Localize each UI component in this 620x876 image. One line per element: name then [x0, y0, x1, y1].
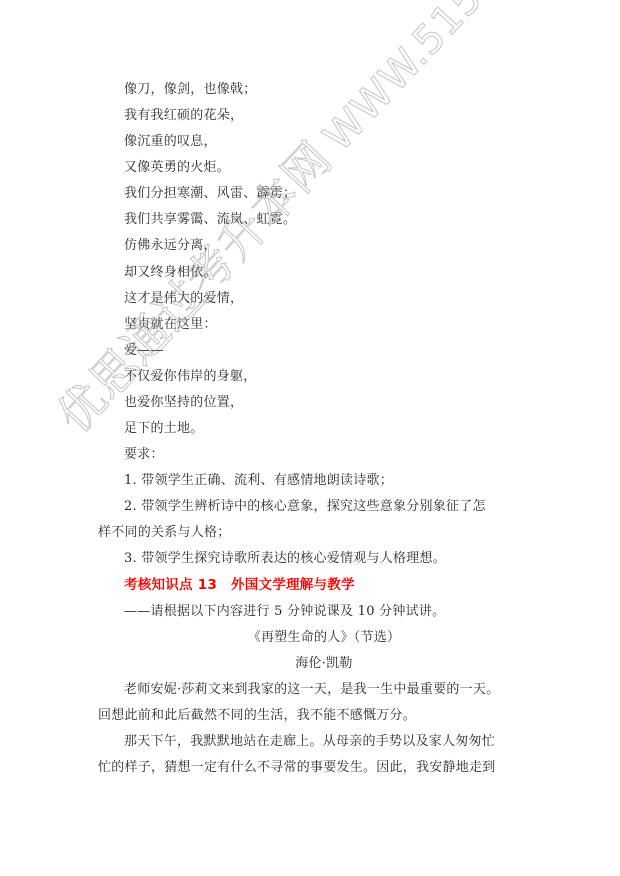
- requirement-item-3: 3. 带领学生探究诗歌所表达的核心爱情观与人格理想。: [98, 546, 522, 572]
- passage-paragraph-2: 那天下午，我默默地站在走廊上。从母亲的手势以及家人匆匆忙 忙的样子，猜想一定有什…: [98, 729, 522, 781]
- poem-line: 不仅爱你伟岸的身躯，: [98, 364, 522, 390]
- passage-author: 海伦·凯勒: [98, 651, 522, 677]
- requirements: 要求： 1. 带领学生正确、流利、有感情地朗读诗歌； 2. 带领学生辨析诗中的核…: [98, 442, 522, 572]
- paragraph-line: 回想此前和此后截然不同的生活，我不能不感慨万分。: [98, 703, 522, 729]
- section-title: 外国文学理解与教学: [231, 577, 355, 593]
- paragraph-line: 忙的样子，猜想一定有什么不寻常的事要发生。因此，我安静地走到: [98, 755, 522, 781]
- poem-line: 又像英勇的火炬。: [98, 155, 522, 181]
- poem-line: 却又终身相依。: [98, 260, 522, 286]
- requirements-label: 要求：: [98, 442, 522, 468]
- passage-title: 《再塑生命的人》（节选）: [98, 625, 522, 651]
- poem-line: 我们分担寒潮、风雷、霹雳；: [98, 181, 522, 207]
- poem-line: 像沉重的叹息，: [98, 129, 522, 155]
- poem-line: 坚贞就在这里：: [98, 312, 522, 338]
- paragraph-line: 那天下午，我默默地站在走廊上。从母亲的手势以及家人匆匆忙: [98, 729, 522, 755]
- requirement-item-2: 2. 带领学生辨析诗中的核心意象，探究这些意象分别象征了怎: [98, 494, 522, 520]
- poem-line: 我们共享雾霭、流岚、虹霓。: [98, 207, 522, 233]
- paragraph-line: 老师安妮·莎莉文来到我家的这一天，是我一生中最重要的一天。: [98, 677, 522, 703]
- poem-line: 仿佛永远分离，: [98, 233, 522, 259]
- section-instruction: ——请根据以下内容进行 5 分钟说课及 10 分钟试讲。: [98, 599, 522, 625]
- section-number: 考核知识点 13: [124, 577, 217, 593]
- poem-line: 足下的土地。: [98, 416, 522, 442]
- requirement-item-2-continued: 样不同的关系与人格；: [98, 520, 522, 546]
- poem-line: 我有我红硕的花朵，: [98, 103, 522, 129]
- passage-paragraph-1: 老师安妮·莎莉文来到我家的这一天，是我一生中最重要的一天。 回想此前和此后截然不…: [98, 677, 522, 729]
- poem: 像刀，像剑，也像戟； 我有我红硕的花朵， 像沉重的叹息， 又像英勇的火炬。 我们…: [98, 77, 522, 442]
- poem-line: 像刀，像剑，也像戟；: [98, 77, 522, 103]
- requirement-item-1: 1. 带领学生正确、流利、有感情地朗读诗歌；: [98, 468, 522, 494]
- poem-line: 也爱你坚持的位置，: [98, 390, 522, 416]
- document-body: 像刀，像剑，也像戟； 我有我红硕的花朵， 像沉重的叹息， 又像英勇的火炬。 我们…: [98, 77, 522, 781]
- section-heading: 考核知识点 13外国文学理解与教学: [98, 572, 522, 598]
- document-page: 像刀，像剑，也像戟； 我有我红硕的花朵， 像沉重的叹息， 又像英勇的火炬。 我们…: [0, 0, 620, 876]
- poem-line: 爱——: [98, 338, 522, 364]
- poem-line: 这才是伟大的爱情，: [98, 286, 522, 312]
